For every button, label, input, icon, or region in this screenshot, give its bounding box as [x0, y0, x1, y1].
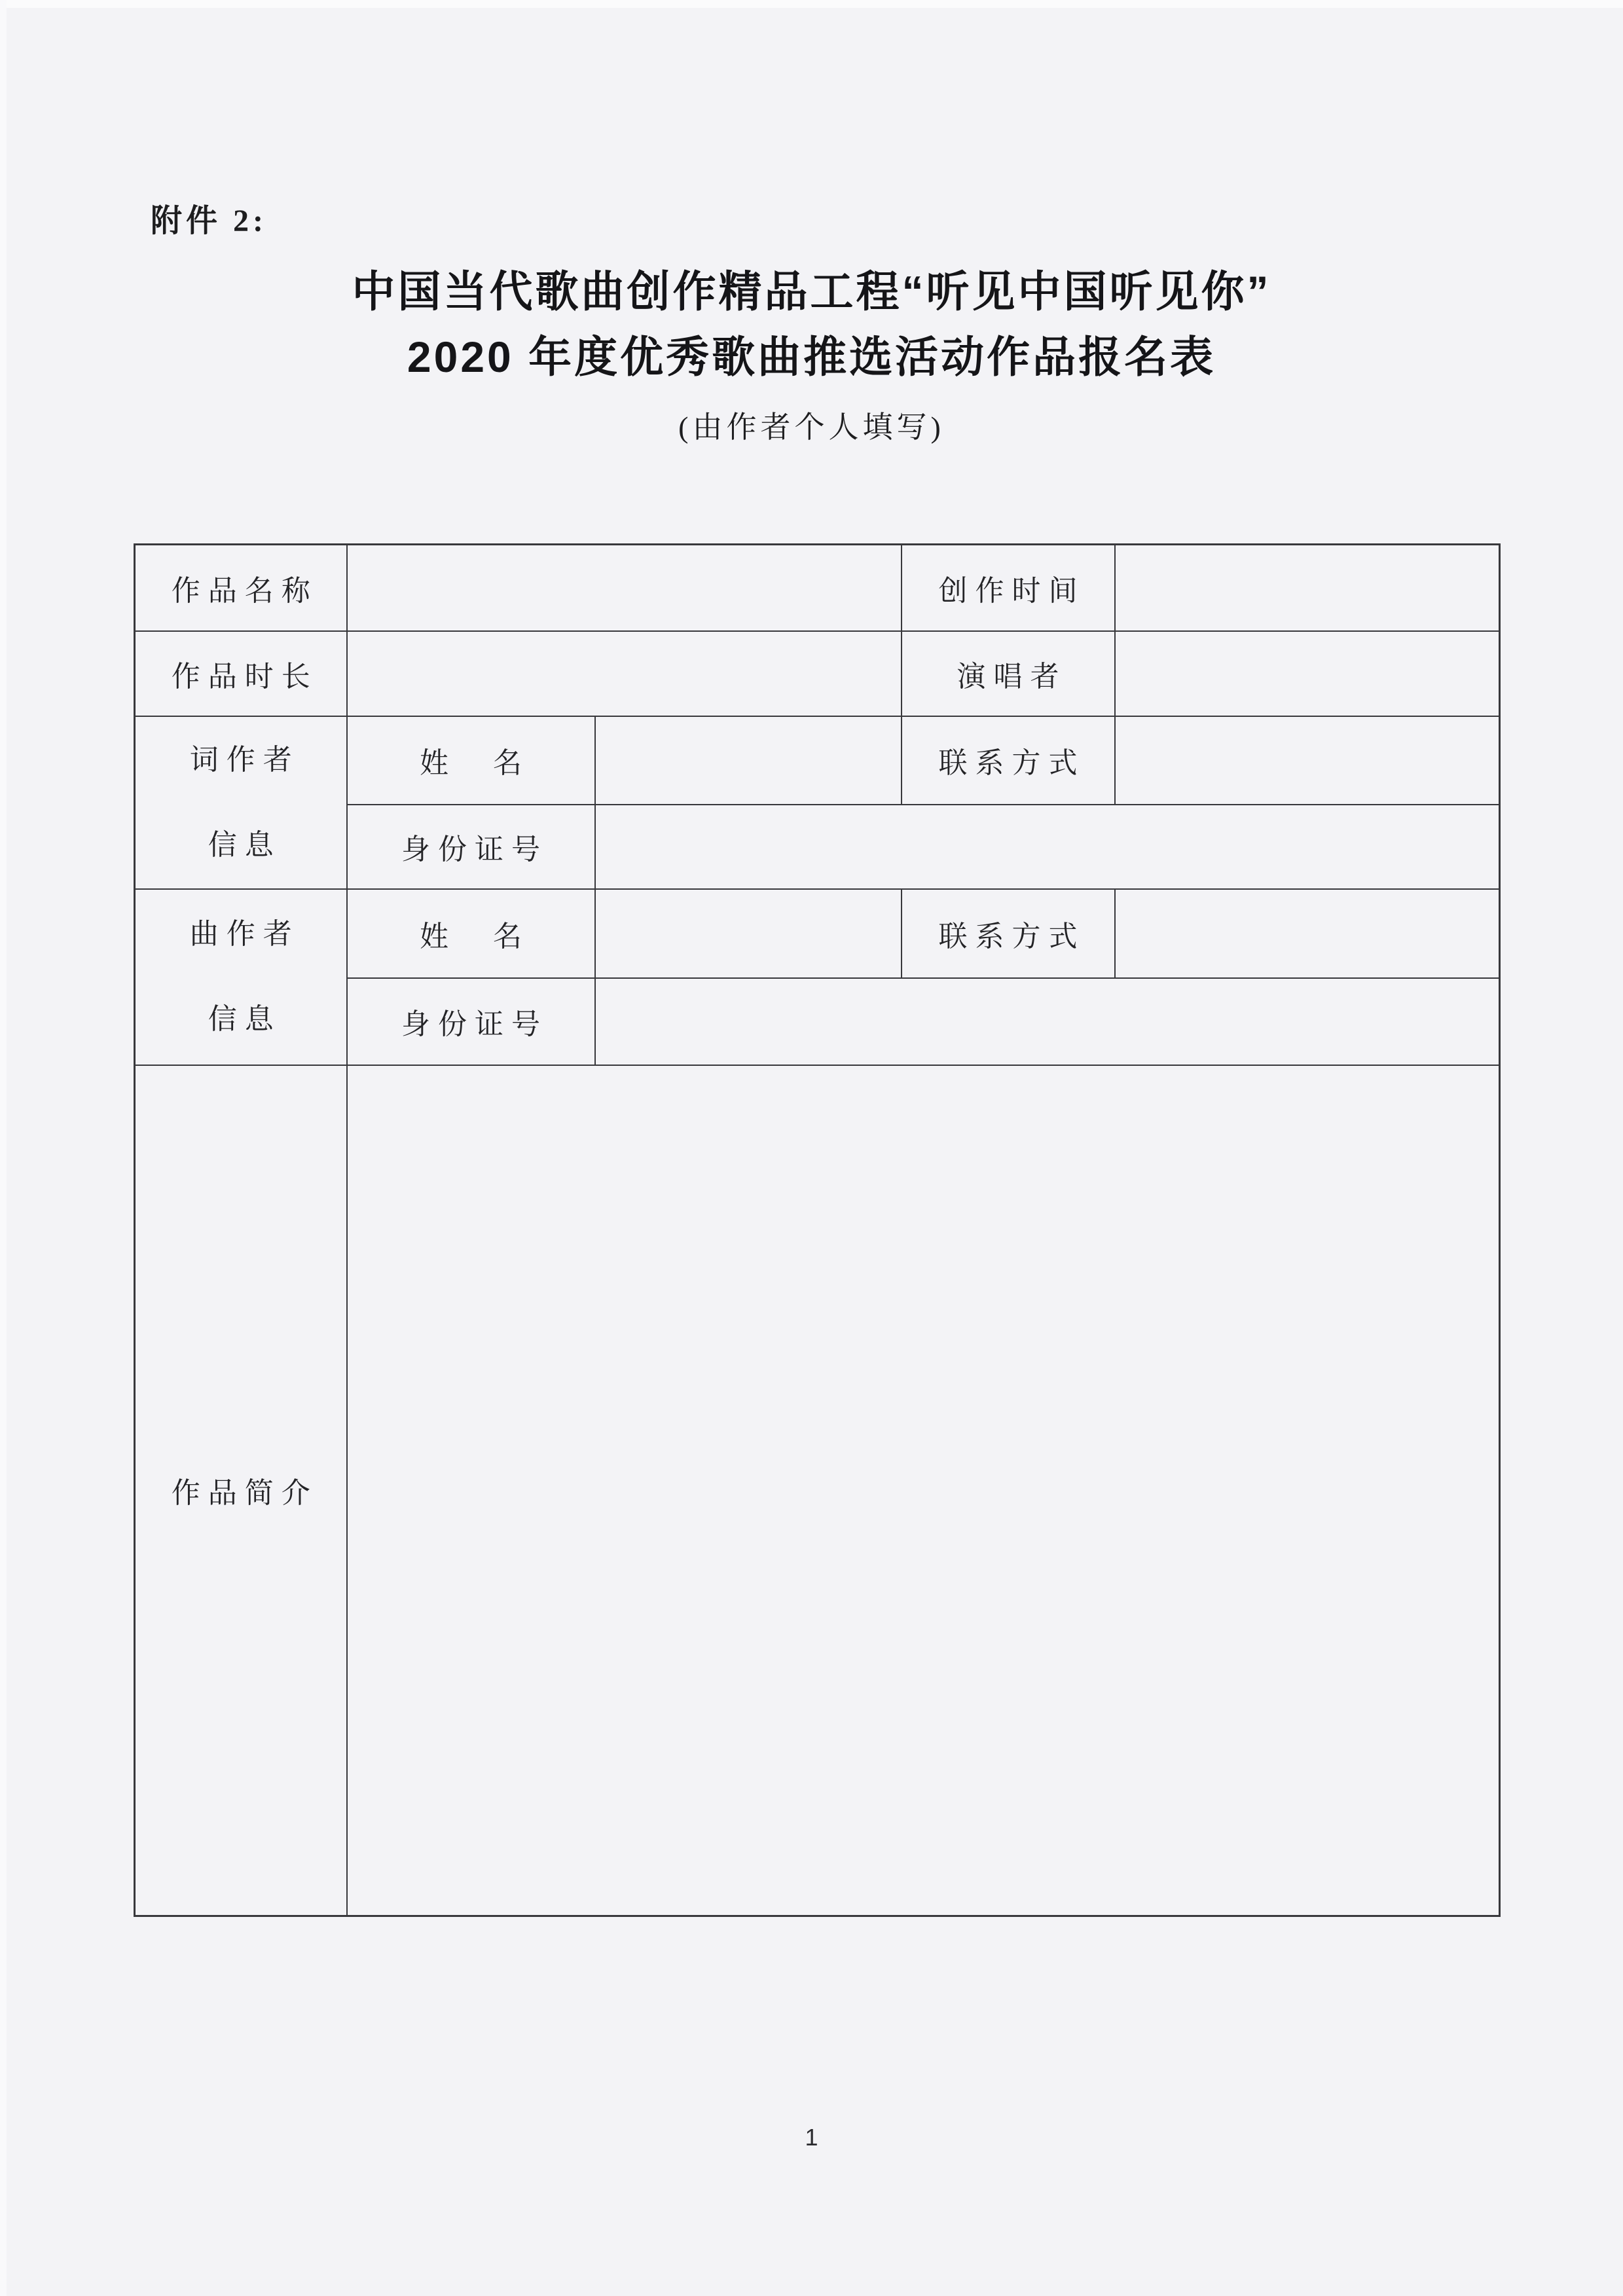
- page-number: 1: [0, 2124, 1623, 2151]
- singer-value-cell[interactable]: [1115, 631, 1500, 716]
- form-subtitle: (由作者个人填写): [0, 403, 1623, 446]
- composer-group-label-cell: 曲作者 信息: [135, 889, 347, 1065]
- creation-time-label-cell: 创作时间: [902, 545, 1115, 631]
- creation-time-value-cell[interactable]: [1115, 545, 1500, 631]
- lyricist-group-label-line2: 信息: [136, 803, 346, 888]
- composer-name-label-cell: 姓 名: [347, 889, 595, 978]
- table-row: 曲作者 信息 姓 名 联系方式: [135, 889, 1500, 978]
- form-title-line-2: 2020 年度优秀歌曲推选活动作品报名表: [0, 322, 1623, 384]
- lyricist-name-value-cell[interactable]: [595, 716, 902, 805]
- table-row: 词作者 信息 姓 名 联系方式: [135, 716, 1500, 805]
- attachment-label: 附件 2:: [151, 195, 267, 240]
- scan-edge-top: [0, 0, 1623, 8]
- duration-value-cell[interactable]: [347, 631, 902, 716]
- composer-group-label-line2: 信息: [136, 977, 346, 1062]
- duration-label-cell: 作品时长: [135, 631, 347, 716]
- scanned-form-page: 附件 2: 中国当代歌曲创作精品工程“听见中国听见你” 2020 年度优秀歌曲推…: [0, 0, 1623, 2296]
- intro-label-cell: 作品简介: [135, 1065, 347, 1916]
- work-name-label-cell: 作品名称: [135, 545, 347, 631]
- lyricist-group-label-cell: 词作者 信息: [135, 716, 347, 889]
- lyricist-group-label-line1: 词作者: [136, 718, 346, 803]
- composer-id-value-cell[interactable]: [595, 978, 1500, 1065]
- table-row: 作品名称 创作时间: [135, 545, 1500, 631]
- lyricist-id-value-cell[interactable]: [595, 805, 1500, 889]
- lyricist-name-label-cell: 姓 名: [347, 716, 595, 805]
- singer-label-cell: 演唱者: [902, 631, 1115, 716]
- lyricist-contact-label-cell: 联系方式: [902, 716, 1115, 805]
- composer-group-label-line1: 曲作者: [136, 892, 346, 977]
- form-title-line-1: 中国当代歌曲创作精品工程“听见中国听见你”: [0, 257, 1623, 319]
- registration-table: 作品名称 创作时间 作品时长 演唱者 词作者 信息 姓 名 联系方式: [134, 543, 1501, 1917]
- work-name-value-cell[interactable]: [347, 545, 902, 631]
- composer-id-label-cell: 身份证号: [347, 978, 595, 1065]
- intro-value-cell[interactable]: [347, 1065, 1500, 1916]
- lyricist-id-label-cell: 身份证号: [347, 805, 595, 889]
- table-row: 作品简介: [135, 1065, 1500, 1916]
- composer-contact-value-cell[interactable]: [1115, 889, 1500, 978]
- composer-name-value-cell[interactable]: [595, 889, 902, 978]
- table-row: 作品时长 演唱者: [135, 631, 1500, 716]
- composer-contact-label-cell: 联系方式: [902, 889, 1115, 978]
- lyricist-contact-value-cell[interactable]: [1115, 716, 1500, 805]
